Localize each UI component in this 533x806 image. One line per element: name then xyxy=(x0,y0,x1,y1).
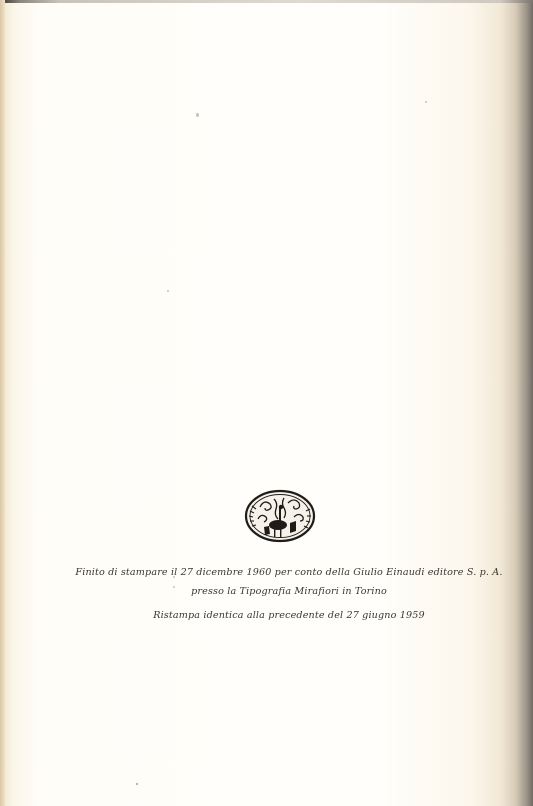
scan-speck xyxy=(167,290,169,292)
colophon-print-date: Finito di stampare il 27 dicembre 1960 p… xyxy=(60,563,518,583)
book-page: Finito di stampare il 27 dicembre 1960 p… xyxy=(0,0,533,806)
scan-speck xyxy=(196,113,199,117)
scan-speck xyxy=(136,783,138,785)
colophon-reprint-note: Ristampa identica alla precedente del 27… xyxy=(60,601,518,623)
publisher-emblem-icon xyxy=(244,489,316,543)
colophon-printer: presso la Tipografia Mirafiori in Torino xyxy=(60,583,518,601)
scan-speck xyxy=(425,101,427,103)
page-spine-edge xyxy=(0,0,5,806)
colophon: Finito di stampare il 27 dicembre 1960 p… xyxy=(60,563,518,623)
page-top-edge xyxy=(0,0,533,3)
